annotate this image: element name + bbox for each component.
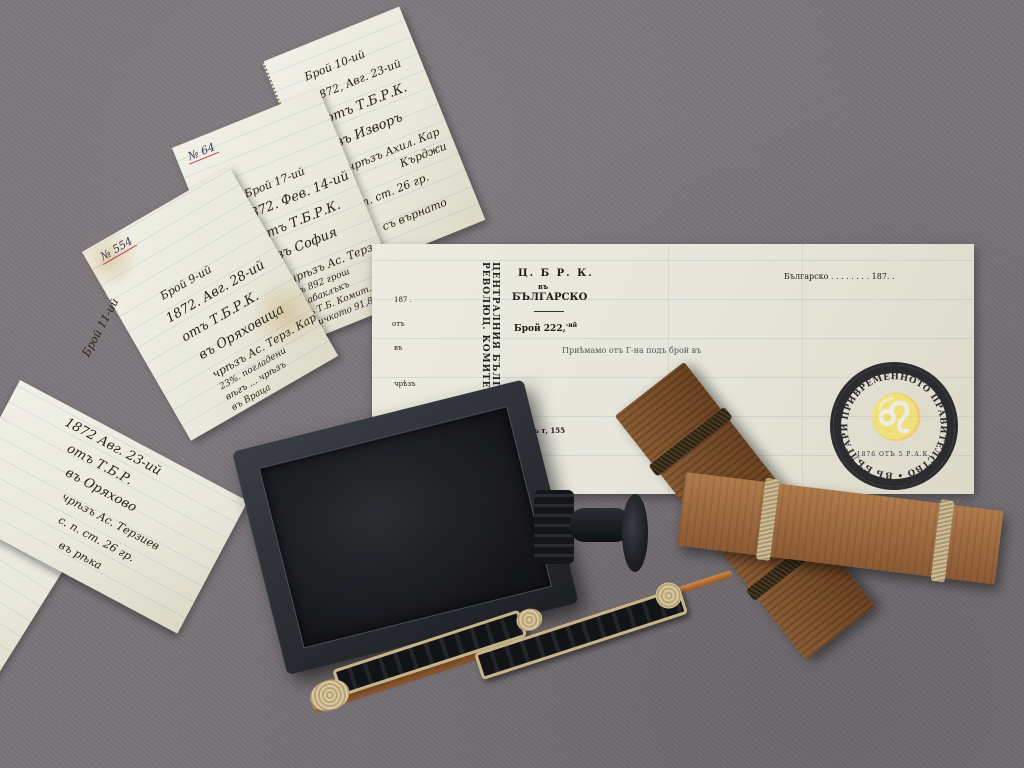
form-place-date: Българско . . . . . . . . 187. . <box>784 272 895 281</box>
seal-inner-text: 1876 ОТЪ 5 Р.А.К. <box>833 451 955 458</box>
stamp-neck <box>570 508 630 542</box>
lion-emblem-icon: ♌ <box>869 391 924 443</box>
slip-1-line: съ върнато <box>380 196 448 234</box>
stamp-base <box>534 490 574 564</box>
form-number: Брой 222,-ий <box>514 322 577 334</box>
form-title-1: Ц. Б Р. К. <box>518 268 594 279</box>
slip-1-line: п. ст. 26 гр. <box>360 171 431 210</box>
twine-wrap <box>648 407 732 477</box>
form-label: отъ <box>392 320 405 328</box>
form-title-2: въ <box>538 282 548 291</box>
form-label: чрѣзъ <box>394 380 416 388</box>
form-number-label: Брой 222, <box>514 324 566 334</box>
slip-2-number: № 64 <box>184 140 219 165</box>
form-title-3: БЪЛГАРСКО <box>512 292 587 303</box>
form-number-suffix: -ий <box>566 322 577 329</box>
official-seal: ПРИВРЕМЕННОТО ПРАВИТЕЛСТВО • ВЪ БЪЛГАРИЯ… <box>830 362 958 490</box>
form-label: 187 . <box>394 296 412 304</box>
form-fold <box>802 244 803 494</box>
form-received-text: Приѣмамо отъ Г-на подъ брой въ <box>562 346 701 355</box>
form-title-rule <box>534 311 564 312</box>
slip-4-line: Брой 11-ий <box>80 296 122 359</box>
twine-wrap <box>756 478 780 561</box>
twine-wrap <box>931 499 955 582</box>
form-label: въ <box>394 344 402 352</box>
